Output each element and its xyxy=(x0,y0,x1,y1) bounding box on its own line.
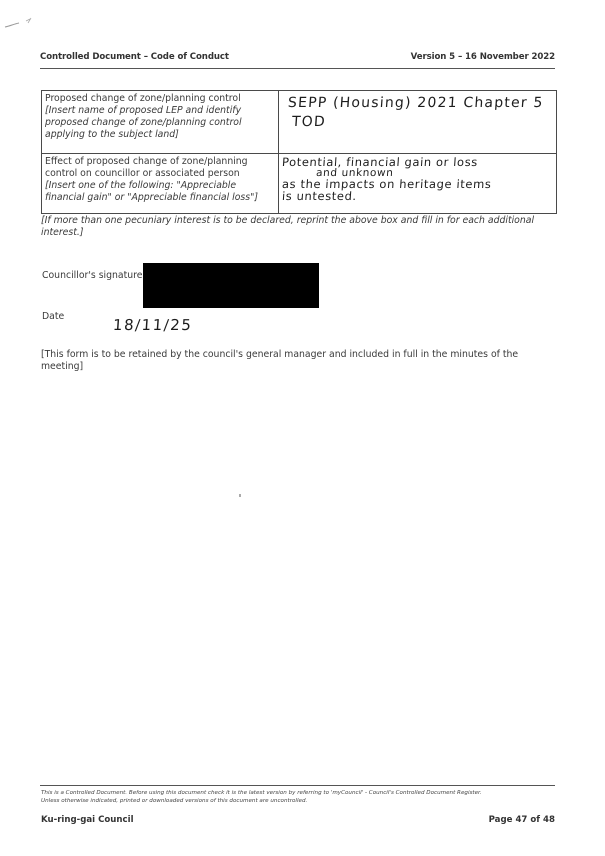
table-row: Proposed change of zone/planning control… xyxy=(42,91,557,154)
field-label: Effect of proposed change of zone/planni… xyxy=(45,156,248,179)
date-label: Date xyxy=(42,311,64,322)
header-document-title: Controlled Document – Code of Conduct xyxy=(40,52,229,62)
footer-organisation: Ku-ring-gai Council xyxy=(41,815,134,825)
field-label: Proposed change of zone/planning control xyxy=(45,93,241,104)
header-version: Version 5 – 16 November 2022 xyxy=(411,52,555,62)
value-cell-zone-change[interactable]: SEPP (Housing) 2021 Chapter 5 TOD xyxy=(279,91,557,154)
value-cell-effect[interactable]: Potential, financial gain or loss and un… xyxy=(279,154,557,214)
retention-note: [This form is to be retained by the coun… xyxy=(41,349,561,373)
pecuniary-interest-table: Proposed change of zone/planning control… xyxy=(41,90,557,214)
signature-redaction xyxy=(143,263,319,308)
handwritten-entry: TOD xyxy=(281,112,553,131)
label-cell-effect: Effect of proposed change of zone/planni… xyxy=(42,154,279,214)
field-instruction: [Insert name of proposed LEP and identif… xyxy=(45,105,242,140)
header-divider xyxy=(40,68,555,69)
page-footer: Ku-ring-gai Council Page 47 of 48 xyxy=(41,815,555,825)
footer-disclaimer: This is a Controlled Document. Before us… xyxy=(41,789,561,805)
scan-speck xyxy=(239,494,241,497)
disclaimer-line: Unless otherwise indicated, printed or d… xyxy=(41,797,561,805)
footer-divider xyxy=(40,785,555,786)
label-cell-zone-change: Proposed change of zone/planning control… xyxy=(42,91,279,154)
page-header: Controlled Document – Code of Conduct Ve… xyxy=(40,52,555,62)
signature-label: Councillor's signature xyxy=(42,270,142,281)
date-value: 18/11/25 xyxy=(112,316,193,334)
reprint-note: [If more than one pecuniary interest is … xyxy=(41,215,561,239)
page-number: Page 47 of 48 xyxy=(489,815,555,825)
disclaimer-line: This is a Controlled Document. Before us… xyxy=(41,789,561,797)
handwritten-entry: is untested. xyxy=(282,190,554,203)
table-row: Effect of proposed change of zone/planni… xyxy=(42,154,557,214)
field-instruction: [Insert one of the following: "Appreciab… xyxy=(45,180,258,203)
scan-artifact-mark xyxy=(4,16,34,30)
handwritten-entry: SEPP (Housing) 2021 Chapter 5 xyxy=(281,93,553,112)
